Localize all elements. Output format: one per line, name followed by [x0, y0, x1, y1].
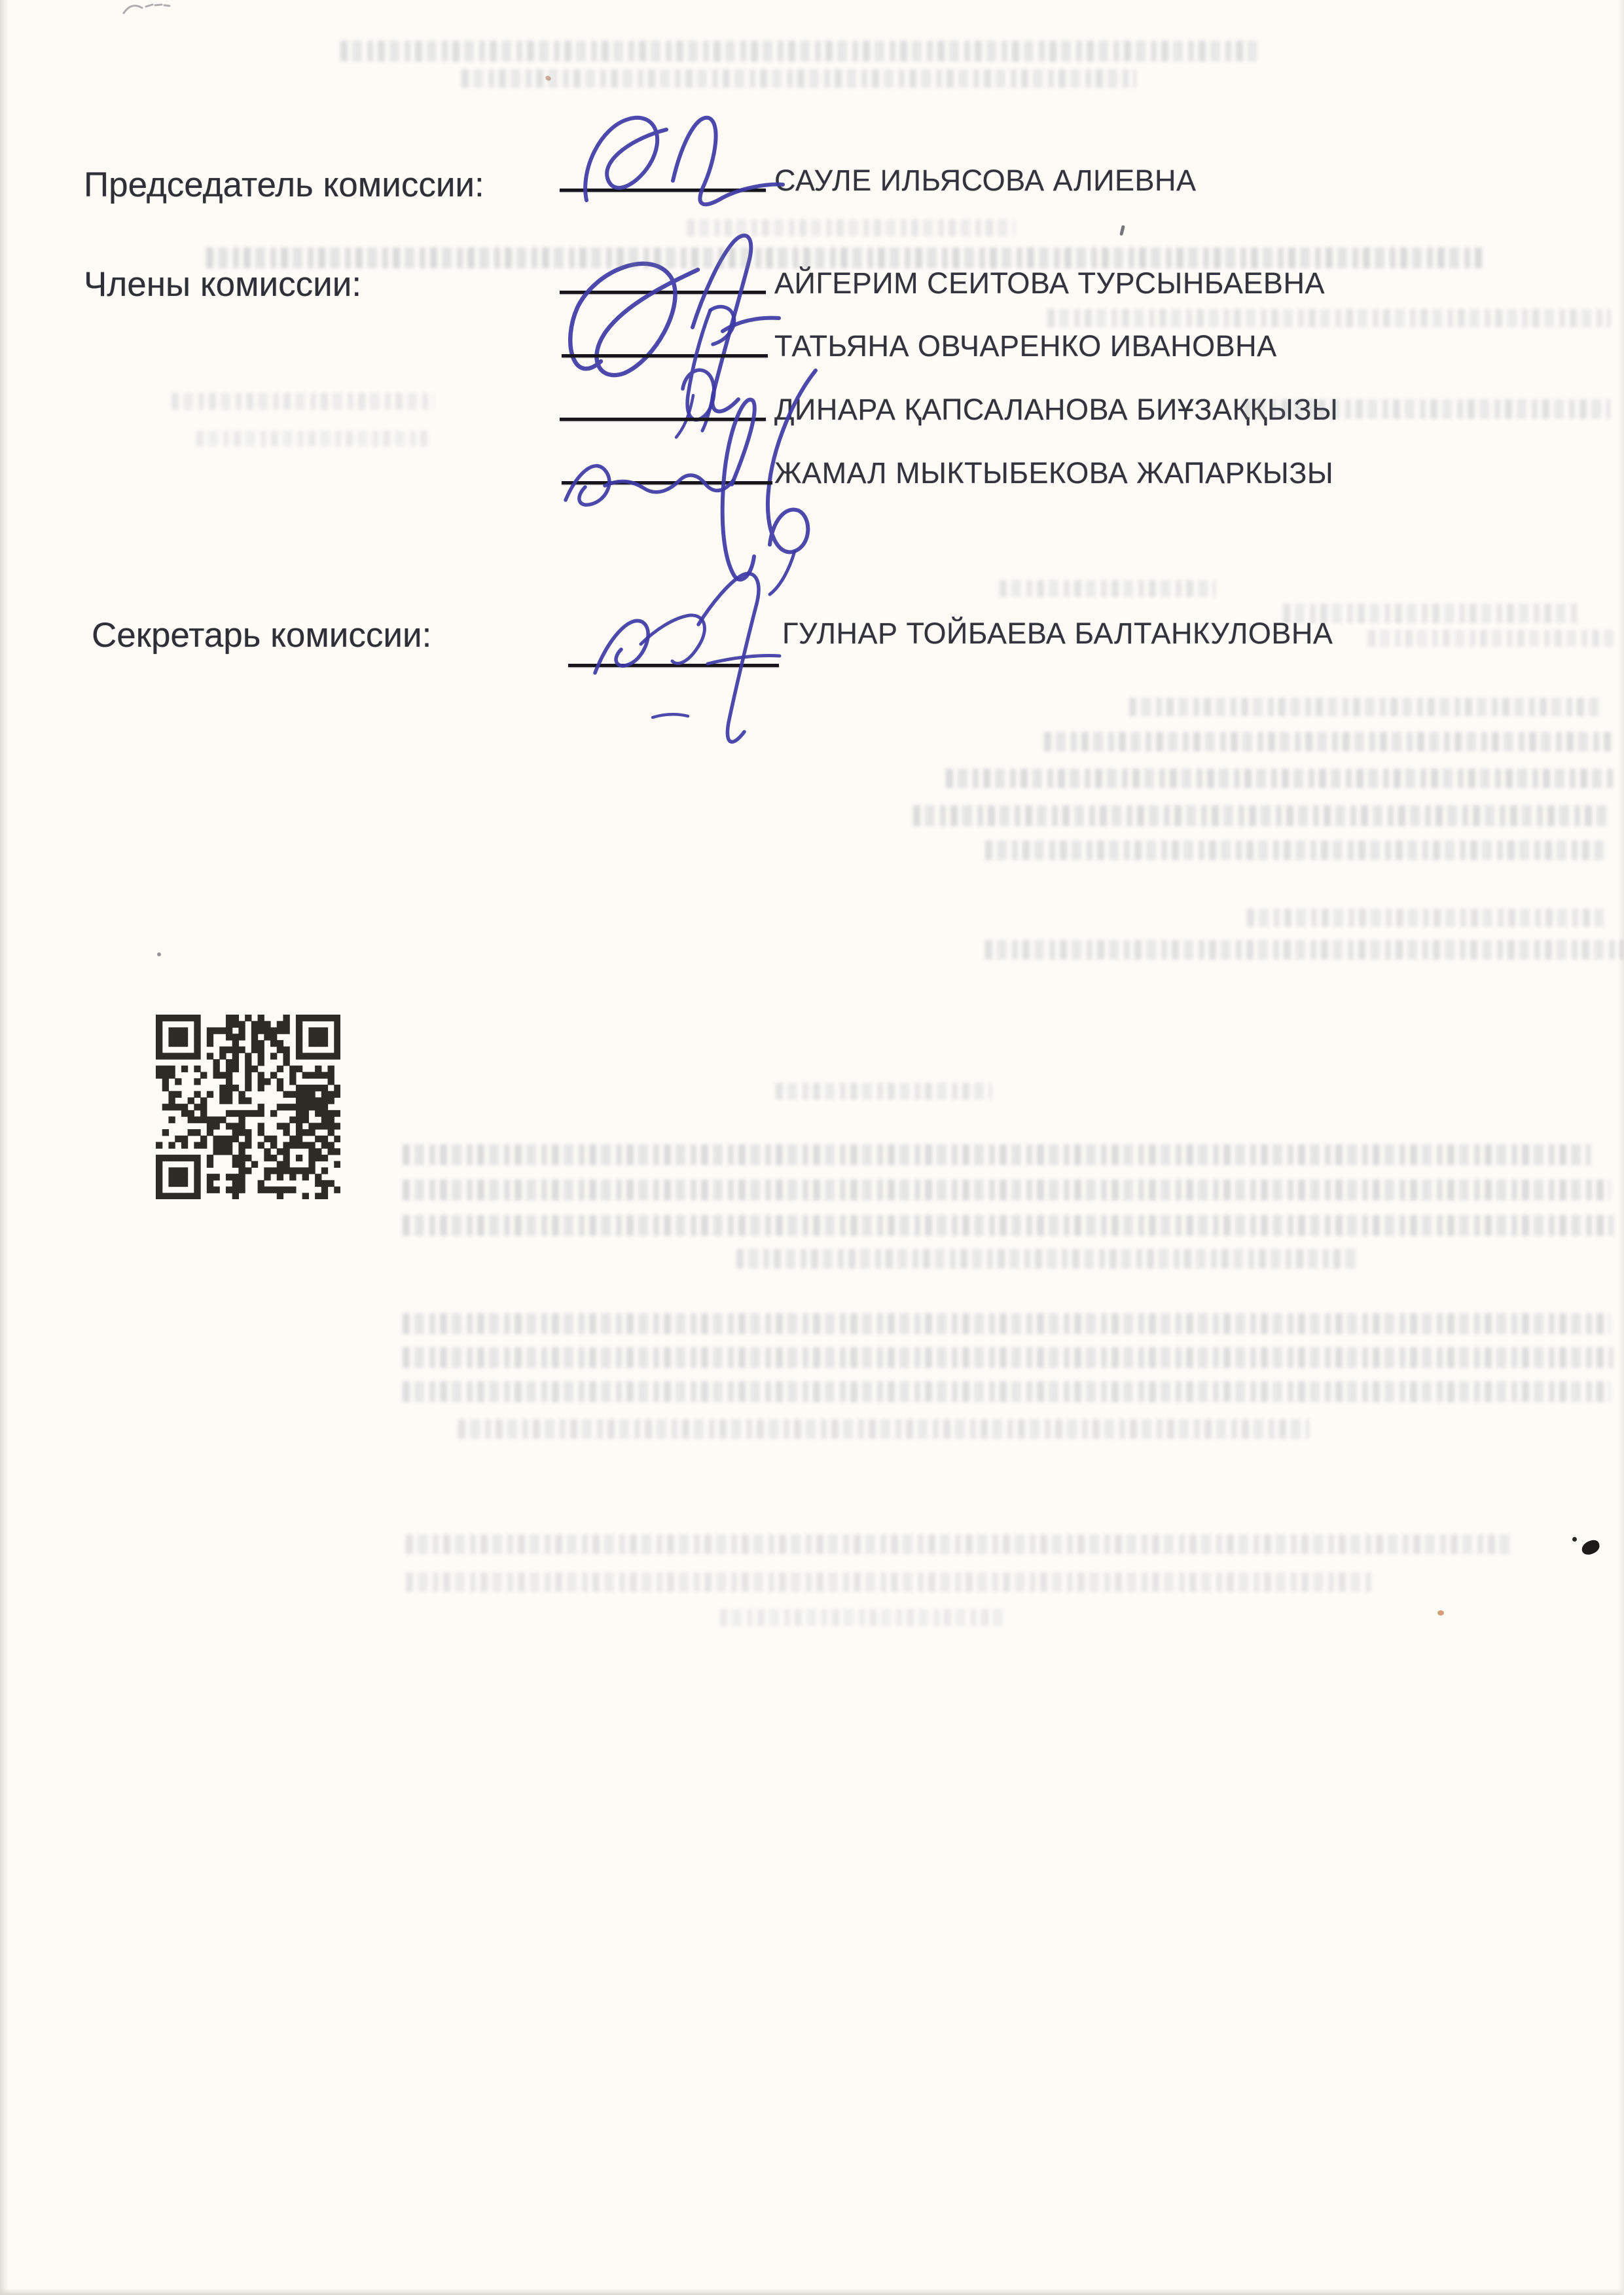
row-label-chairman: Председатель комиссии: — [84, 165, 484, 205]
scanned-document-page: Председатель комиссии: САУЛЕ ИЛЬЯСОВА АЛ… — [0, 0, 1624, 2295]
bleed-through-text — [1368, 630, 1617, 647]
signatory-name: АЙГЕРИМ СЕИТОВА ТУРСЫНБАЕВНА — [774, 266, 1325, 300]
signatory-name: ЖАМАЛ МЫКТЫБЕКОВА ЖАПАРКЫЗЫ — [774, 456, 1333, 490]
bleed-through-text — [985, 840, 1607, 860]
bleed-through-text — [1000, 580, 1216, 597]
signatory-name: ТАТЬЯНА ОВЧАРЕНКО ИВАНОВНА — [774, 329, 1277, 363]
bleed-through-text — [406, 1572, 1375, 1592]
bleed-through-text — [403, 1180, 1610, 1201]
ink-speck — [1572, 1537, 1577, 1542]
bleed-through-text — [403, 1144, 1591, 1165]
bleed-through-text — [736, 1249, 1355, 1269]
signatory-name: САУЛЕ ИЛЬЯСОВА АЛИЕВНА — [774, 164, 1197, 198]
bleed-through-text — [461, 69, 1136, 88]
bleed-through-text — [403, 1381, 1610, 1402]
ink-speck — [1580, 1538, 1602, 1557]
bleed-through-text — [913, 805, 1607, 826]
qr-code-icon — [156, 1015, 340, 1199]
row-label-members: Члены комиссии: — [84, 264, 361, 304]
bleed-through-text — [171, 393, 433, 410]
bleed-through-text — [720, 1609, 1008, 1626]
bleed-through-text — [403, 1313, 1610, 1334]
bleed-through-text — [458, 1419, 1309, 1439]
dust-speck — [157, 952, 161, 956]
signatory-name: ГУЛНАР ТОЙБАЕВА БАЛТАНКУЛОВНА — [782, 617, 1333, 651]
scan-edge-bottom — [0, 2288, 1624, 2295]
scan-edge-right — [1618, 0, 1624, 2295]
bleed-through-text — [946, 768, 1614, 788]
row-label-secretary: Секретарь комиссии: — [92, 615, 431, 655]
pencil-mark — [121, 1, 173, 18]
bleed-through-text — [1047, 309, 1610, 327]
bleed-through-text — [1283, 604, 1578, 623]
bleed-through-text — [687, 219, 1015, 236]
signature-ink — [573, 551, 795, 770]
stray-tick-mark — [1119, 225, 1125, 236]
bleed-through-text — [1044, 732, 1614, 751]
bleed-through-text — [985, 940, 1623, 960]
bleed-through-text — [403, 1215, 1614, 1236]
bleed-through-text — [196, 431, 429, 446]
bleed-through-text — [1244, 399, 1610, 419]
signature-ink — [575, 103, 791, 218]
bleed-through-text — [340, 41, 1257, 62]
bleed-through-text — [776, 1083, 992, 1100]
scan-edge-left — [0, 0, 9, 2295]
bleed-through-text — [406, 1534, 1512, 1554]
dust-speck — [1437, 1610, 1444, 1616]
bleed-through-text — [403, 1347, 1614, 1368]
bleed-through-text — [206, 247, 1483, 268]
bleed-through-text — [1247, 909, 1604, 927]
bleed-through-text — [1129, 698, 1600, 716]
